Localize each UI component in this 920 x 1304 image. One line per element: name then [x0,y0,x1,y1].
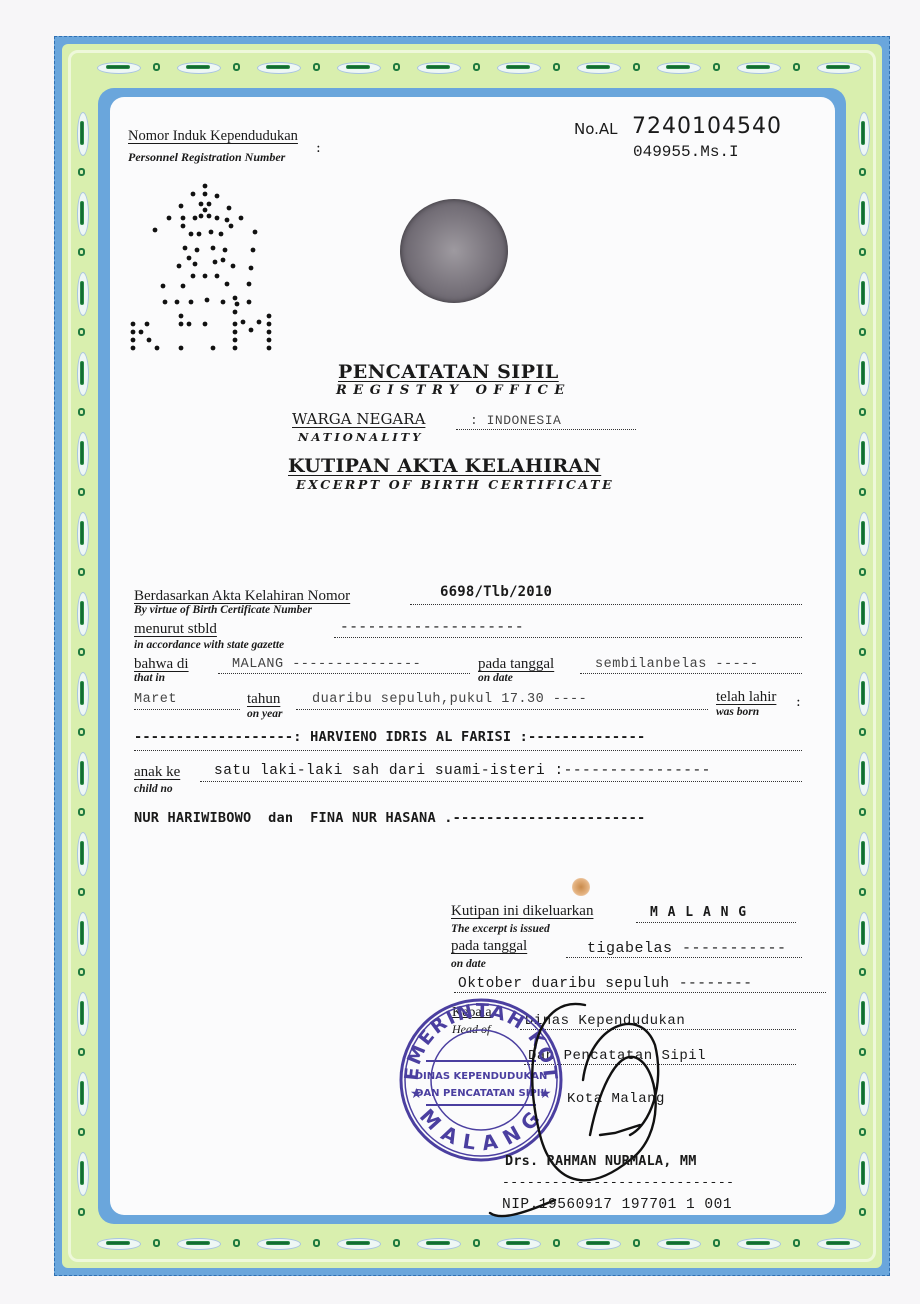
issue-date-value: tigabelas ----------- [587,940,787,957]
issue-date-sublabel: on date [451,958,486,970]
border-ornament [735,60,781,74]
cert-no-value: 6698/Tlb/2010 [440,584,552,600]
office-title: PENCATATAN SIPIL [338,361,559,383]
border-ornament [495,60,541,74]
border-ornament [713,63,720,71]
border-ornament [75,750,89,796]
paper-stain [572,878,590,896]
border-ornament [175,60,221,74]
border-ornament [75,510,89,556]
border-ornament [713,1239,720,1247]
border-ornament [95,1236,141,1250]
born-colon: : [796,694,801,710]
border-ornament [859,1048,866,1056]
border-ornament [735,1236,781,1250]
serial-code: 049955.Ms.I [633,143,739,161]
child-no-value: satu laki-laki sah dari suami-isteri :--… [214,763,711,779]
border-ornament [233,1239,240,1247]
border-ornament [856,430,870,476]
year-sublabel: on year [247,708,282,720]
border-ornament [255,1236,301,1250]
border-ornament [856,910,870,956]
border-ornament [856,1070,870,1116]
border-ornament [78,808,85,816]
month-value: Maret [134,692,177,707]
issue-date-dotted-line [566,957,802,958]
border-ornament [495,1236,541,1250]
cert-no-label: Berdasarkan Akta Kelahiran Nomor [134,588,350,605]
border-ornament [153,1239,160,1247]
border-ornament [575,60,621,74]
border-ornament [553,1239,560,1247]
svg-text:★: ★ [410,1086,423,1102]
border-ornament [75,910,89,956]
cert-no-sublabel: By virtue of Birth Certificate Number [134,604,312,616]
signatory-name: Drs. RAHMAN NURMALA, MM [505,1153,697,1169]
border-ornament [78,168,85,176]
issue-date-label: pada tanggal [451,938,527,955]
border-ornament [859,568,866,576]
border-ornament [415,1236,461,1250]
border-ornament [75,430,89,476]
year-value: duaribu sepuluh,pukul 17.30 ---- [312,692,587,707]
place-label: bahwa di [134,656,189,673]
border-ornament [153,63,160,71]
border-ornament [75,190,89,236]
child-name-dotted-line [134,750,802,751]
border-ornament [393,1239,400,1247]
nationality-dotted-line [456,429,636,430]
border-ornament [859,408,866,416]
office-title-en: REGISTRY OFFICE [336,383,571,398]
year-label: tahun [247,691,280,708]
border-ornament [393,63,400,71]
border-ornament [815,60,861,74]
stbld-sublabel: in accordance with state gazette [134,639,284,651]
border-ornament [75,830,89,876]
date-value: sembilanbelas ----- [595,657,758,672]
border-ornament [75,1150,89,1196]
nik-label: Nomor Induk Kependudukan [128,128,298,145]
border-ornament [856,270,870,316]
border-ornament [335,60,381,74]
border-ornament [75,990,89,1036]
border-ornament [856,750,870,796]
child-name: -------------------: HARVIENO IDRIS AL F… [134,729,645,745]
border-ornament [859,728,866,736]
issued-sublabel: The excerpt is issued [451,923,550,935]
year-dotted-line [296,709,708,710]
border-ornament [793,63,800,71]
border-ornament [859,888,866,896]
border-ornament [335,1236,381,1250]
border-ornament [78,1128,85,1136]
nationality-label-en: NATIONALITY [298,430,423,444]
border-ornament [859,168,866,176]
nationality-value: : INDONESIA [470,413,561,428]
border-ornament [415,60,461,74]
border-ornament [859,968,866,976]
border-ornament [78,408,85,416]
signature-rule: ---------------------------- [502,1175,734,1190]
stbld-label: menurut stbld [134,621,217,638]
date-label: pada tanggal [478,656,554,673]
cert-no-dotted-line [410,604,802,605]
serial-number: 7240104540 [632,114,782,139]
date-dotted-line [580,673,802,674]
perforated-garuda-emblem-icon [125,180,285,360]
document-title-en: EXCERPT OF BIRTH CERTIFICATE [296,477,614,492]
child-no-sublabel: child no [134,783,173,795]
place-sublabel: that in [134,672,165,684]
embossed-seal-icon [400,199,508,303]
border-ornament [553,63,560,71]
nik-colon: : [316,140,321,156]
border-ornament [859,488,866,496]
border-ornament [78,1208,85,1216]
date-sublabel: on date [478,672,513,684]
border-ornament [78,648,85,656]
border-ornament [633,63,640,71]
border-ornament [856,590,870,636]
border-ornament [78,488,85,496]
child-no-label: anak ke [134,764,180,781]
border-ornament [78,888,85,896]
child-no-dotted-line [200,781,802,782]
border-ornament [78,1048,85,1056]
border-ornament [856,990,870,1036]
border-ornament [78,568,85,576]
border-ornament [75,670,89,716]
issued-dotted-line [636,922,796,923]
border-ornament [473,63,480,71]
nik-sublabel: Personnel Registration Number [128,150,285,165]
border-ornament [859,808,866,816]
border-ornament [856,110,870,156]
born-label: telah lahir [716,689,776,706]
border-ornament [856,510,870,556]
border-ornament [95,60,141,74]
month-dotted-line [134,709,240,710]
border-ornament [633,1239,640,1247]
border-ornament [856,190,870,236]
border-ornament [575,1236,621,1250]
parents-names: NUR HARIWIBOWO dan FINA NUR HASANA .----… [134,810,645,826]
border-ornament [856,670,870,716]
border-ornament [859,1128,866,1136]
issued-label: Kutipan ini dikeluarkan [451,903,593,920]
border-ornament [859,248,866,256]
border-ornament [856,350,870,396]
border-ornament [75,110,89,156]
stbld-value: -------------------- [340,620,524,636]
border-ornament [856,830,870,876]
signatory-nip: NIP.19560917 197701 1 001 [502,1197,732,1213]
border-ornament [859,328,866,336]
document-title: KUTIPAN AKTA KELAHIRAN [288,455,601,477]
border-ornament [75,590,89,636]
border-ornament [75,350,89,396]
border-ornament [815,1236,861,1250]
border-ornament [255,60,301,74]
place-dotted-line [218,673,470,674]
serial-prefix: No.AL [574,120,618,138]
border-ornament [175,1236,221,1250]
border-ornament [793,1239,800,1247]
border-ornament [859,1208,866,1216]
nationality-label: WARGA NEGARA [292,410,425,428]
border-ornament [473,1239,480,1247]
border-ornament [313,63,320,71]
border-ornament [655,1236,701,1250]
border-ornament [313,1239,320,1247]
border-ornament [859,648,866,656]
border-ornament [856,1150,870,1196]
place-value: MALANG --------------- [232,657,421,672]
border-ornament [233,63,240,71]
border-ornament [75,1070,89,1116]
border-ornament [78,248,85,256]
border-ornament [655,60,701,74]
border-ornament [75,270,89,316]
stbld-dotted-line [334,637,802,638]
border-ornament [78,728,85,736]
born-sublabel: was born [716,706,759,718]
issued-value: M A L A N G [650,905,747,920]
border-ornament [78,968,85,976]
border-ornament [78,328,85,336]
